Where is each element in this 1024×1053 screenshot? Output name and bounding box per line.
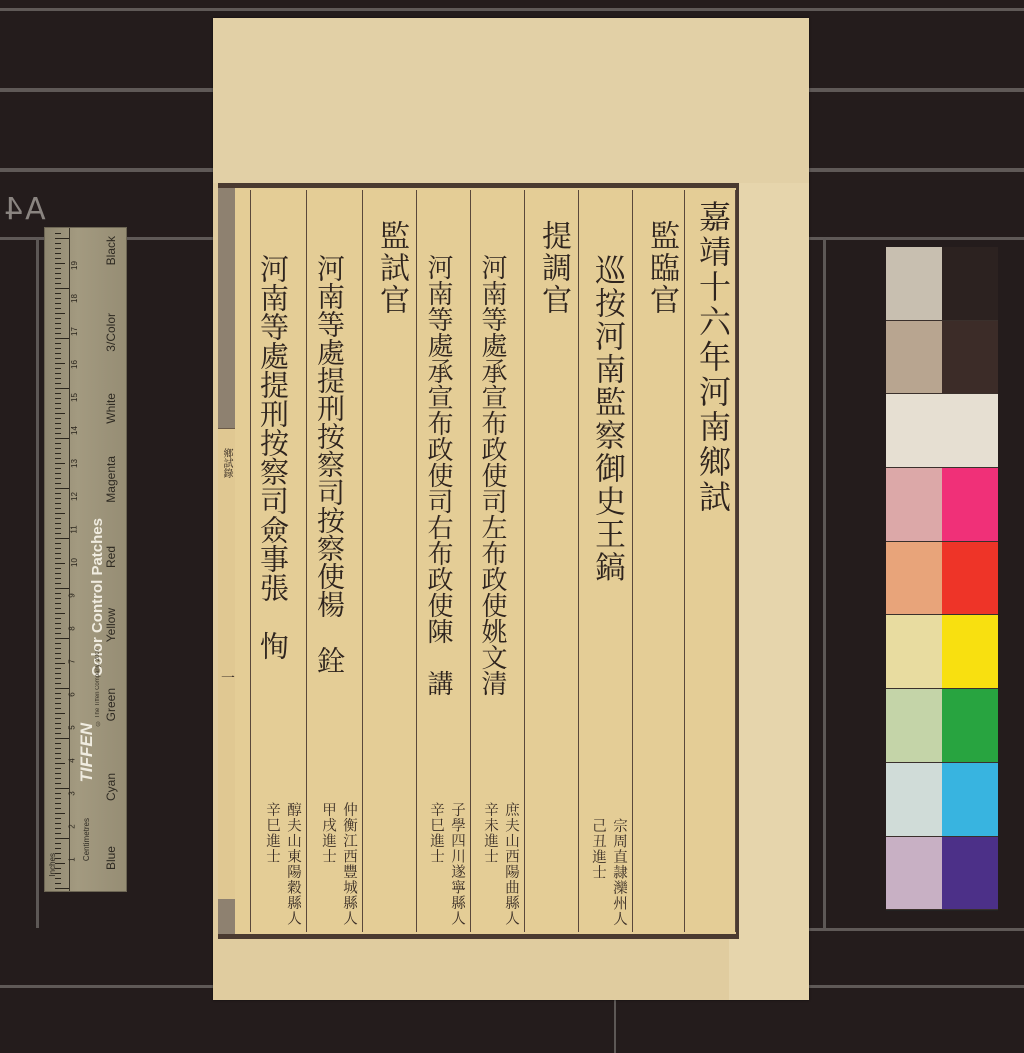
color-patch-black-dark (942, 247, 998, 321)
centimetres-label: Centimetres (82, 818, 91, 861)
ruler-tick (55, 568, 61, 569)
color-patch-purple (942, 837, 998, 911)
column-entry-chen-jiang: 河南等處承宣布政使司右布政使陳 講 子學四川遂寧縣人 辛巳進士 (416, 190, 470, 932)
ruler-tick (55, 288, 69, 289)
column-heading-jianlin: 監臨官 (632, 190, 684, 932)
ruler-tick (55, 878, 61, 879)
note-degree: 甲戌進士 (319, 802, 337, 926)
note-degree: 辛巳進士 (427, 802, 445, 926)
mat-gridline-vertical (823, 238, 826, 928)
ruler-tick (55, 738, 69, 739)
ruler-tick (55, 818, 61, 819)
column-entry-zhang-xun: 河南等處提刑按察司僉事張 恂 醇夫山東陽穀縣人 辛巳進士 (250, 190, 306, 932)
color-patch-red (942, 542, 998, 616)
ruler-tick (55, 648, 61, 649)
column-heading-tidiao: 提調官 (524, 190, 578, 932)
ruler-tick (55, 363, 65, 364)
ruler-cm-number: 15 (70, 393, 79, 402)
ruler-tick (55, 468, 61, 469)
ruler-cm-number: 14 (70, 426, 79, 435)
note-origin: 醇夫山東陽穀縣人 (284, 802, 302, 926)
ruler-tick (55, 408, 61, 409)
color-patch-gray-light (886, 247, 942, 321)
note-origin: 子學四川遂寧縣人 (448, 802, 466, 926)
ruler-tick (55, 573, 61, 574)
color-patch-pink-light (886, 468, 942, 542)
ruler-tick (55, 283, 61, 284)
ruler-tick (55, 448, 61, 449)
color-patch-green (942, 689, 998, 763)
column-heading-jianshi: 監試官 (362, 190, 416, 932)
ruler-tick (55, 808, 61, 809)
ruler-tick (55, 503, 61, 504)
entry-note: 子學四川遂寧縣人 辛巳進士 (421, 802, 466, 926)
ruler-cm-number: 12 (70, 492, 79, 501)
ruler-tick (55, 458, 61, 459)
ruler-tick (55, 778, 61, 779)
column-entry-yang-quan: 河南等處提刑按察司按察使楊 銓 仲衡江西豐城縣人 甲戌進士 (306, 190, 362, 932)
entry-note: 醇夫山東陽穀縣人 辛巳進士 (255, 802, 302, 926)
ruler-tick (55, 548, 61, 549)
note-degree: 己丑進士 (589, 818, 607, 927)
ruler-tick (55, 883, 61, 884)
document-title: 嘉靖十六年河南鄉試 (691, 200, 735, 515)
color-label-yellow: Yellow (104, 608, 118, 642)
color-patch-lavender (886, 837, 942, 911)
ruler-tick (55, 308, 61, 309)
ruler-tick (55, 793, 61, 794)
color-label-red: Red (104, 546, 118, 568)
ruler-tick (55, 663, 65, 664)
ruler-tick (55, 263, 65, 264)
ruler-cm-number: 6 (68, 692, 77, 696)
ruler-cm-number: 17 (70, 327, 79, 336)
ruler-cm-number: 2 (68, 824, 77, 828)
ruler-tick (55, 248, 61, 249)
ruler-tick (55, 358, 61, 359)
tiffen-color-control-strip: Inches Centimetres TIFFEN Color Control … (44, 227, 127, 892)
ruler-tick (55, 238, 69, 239)
page-top-margin (213, 18, 809, 183)
ruler-tick (55, 538, 69, 539)
ruler-tick (55, 583, 61, 584)
ruler-tick (55, 373, 61, 374)
ruler-tick (55, 563, 65, 564)
mat-gridline-vertical (36, 238, 39, 928)
ruler-tick (55, 828, 61, 829)
ruler-tick (55, 843, 61, 844)
ruler-tick (55, 253, 61, 254)
ruler-tick (55, 433, 61, 434)
ruler-tick (55, 703, 61, 704)
ruler-tick (55, 758, 61, 759)
entry-note: 仲衡江西豐城縣人 甲戌進士 (311, 802, 358, 926)
ruler-tick (55, 598, 61, 599)
entry-official: 巡按河南監察御史王鎬 (585, 254, 629, 584)
color-label-3color: 3/Color (104, 313, 118, 352)
ruler-tick (55, 508, 61, 509)
entry-note: 宗周直隷灤州人 己丑進士 (583, 818, 628, 927)
ruler-tick (55, 728, 61, 729)
tiffen-copyright: © The Tiffen Company, 2007 (95, 648, 101, 726)
ruler-tick (55, 603, 61, 604)
ruler-tick (55, 438, 69, 439)
ruler-tick (55, 658, 61, 659)
ruler-tick (55, 673, 61, 674)
banxin-title: 鄉試錄 (220, 448, 232, 478)
ruler-tick (55, 513, 65, 514)
ruler-cm-number: 4 (68, 758, 77, 762)
mat-corner-mark: A4 (2, 192, 46, 227)
ruler-cm-number: 19 (70, 261, 79, 270)
ruler-tick (55, 748, 61, 749)
ruler-tick (55, 688, 69, 689)
color-label-magenta: Magenta (104, 456, 118, 503)
color-patch-magenta (942, 468, 998, 542)
ruler-tick (55, 353, 61, 354)
ruler-tick (55, 423, 61, 424)
ruler-tick (55, 588, 69, 589)
column-title: 嘉靖十六年河南鄉試 (684, 190, 736, 932)
ruler-tick (55, 378, 61, 379)
ruler-tick (55, 693, 61, 694)
ruler-tick (55, 463, 65, 464)
ruler-tick (55, 553, 61, 554)
ruler-tick (55, 593, 61, 594)
ruler-cm-number: 18 (70, 294, 79, 303)
ruler-tick (55, 768, 61, 769)
ruler-tick (55, 578, 61, 579)
banxin-page-number: 一 (221, 668, 233, 688)
entry-official: 河南等處提刑按察司僉事張 恂 (257, 254, 289, 660)
color-patch-cream-yellow (886, 615, 942, 689)
inches-label: Inches (48, 853, 57, 877)
color-patch-green-light (886, 689, 942, 763)
ruler-tick (55, 718, 61, 719)
color-label-blue: Blue (104, 846, 118, 870)
ruler-tick (55, 698, 61, 699)
text-columns: 嘉靖十六年河南鄉試 監臨官 巡按河南監察御史王鎬 宗周直隷灤州人 己丑進士 提調… (235, 190, 736, 932)
ruler-tick (55, 313, 65, 314)
ruler-tick (55, 608, 61, 609)
ruler-tick (55, 643, 61, 644)
ruler-tick (55, 268, 61, 269)
ruler-tick (55, 763, 65, 764)
ruler (45, 228, 70, 891)
mat-gridline (805, 237, 1024, 240)
column-entry-wang-gao: 巡按河南監察御史王鎬 宗周直隷灤州人 己丑進士 (578, 190, 632, 932)
ruler-tick (55, 678, 61, 679)
ruler-tick (55, 453, 61, 454)
ruler-tick (55, 393, 61, 394)
ruler-tick (55, 278, 61, 279)
ruler-tick (55, 623, 61, 624)
entry-note: 庶夫山西陽曲縣人 辛未進士 (475, 802, 520, 926)
ruler-tick (55, 533, 61, 534)
ruler-tick (55, 298, 61, 299)
ruler-tick (55, 773, 61, 774)
color-patch-cyan (942, 763, 998, 837)
ruler-tick (55, 323, 61, 324)
ruler-tick (55, 838, 69, 839)
ruler-tick (55, 618, 61, 619)
ruler-tick (55, 243, 61, 244)
ruler-tick (55, 443, 61, 444)
color-patch-chart (886, 247, 998, 911)
ruler-tick (55, 333, 61, 334)
color-label-white: White (104, 393, 118, 424)
color-patch-cyan-light (886, 763, 942, 837)
ruler-tick (55, 328, 61, 329)
ruler-tick (55, 343, 61, 344)
ruler-tick (55, 368, 61, 369)
ruler-tick (55, 823, 61, 824)
entry-official: 河南等處承宣布政使司右布政使陳 講 (423, 254, 453, 696)
ruler-tick (55, 783, 61, 784)
mat-gridline (805, 928, 1024, 931)
ruler-tick (55, 833, 61, 834)
note-origin: 庶夫山西陽曲縣人 (502, 802, 520, 926)
ruler-tick (55, 683, 61, 684)
ruler-tick (55, 638, 69, 639)
ruler-tick (55, 293, 61, 294)
ruler-tick (55, 813, 65, 814)
banxin-paper (218, 428, 235, 899)
ruler-tick (55, 558, 61, 559)
color-patch-peach (886, 542, 942, 616)
ruler-tick (55, 318, 61, 319)
note-origin: 宗周直隷灤州人 (610, 818, 628, 927)
ruler-tick (55, 613, 65, 614)
ruler-tick (55, 653, 61, 654)
heading-jianshiguan: 監試官 (369, 220, 413, 316)
ruler-tick (55, 543, 61, 544)
ruler-cm-number: 7 (68, 659, 77, 663)
ruler-tick (55, 888, 69, 889)
ruler-tick (55, 428, 61, 429)
ruler-tick (55, 338, 69, 339)
entry-official: 河南等處承宣布政使司左布政使姚文清 (477, 254, 507, 696)
ruler-cm-number: 10 (70, 558, 79, 567)
ruler-tick (55, 413, 65, 414)
ruler-tick (55, 628, 61, 629)
ruler-tick (55, 493, 61, 494)
ruler-cm-number: 1 (68, 857, 77, 861)
ruler-cm-number: 8 (68, 626, 77, 630)
ruler-tick (55, 498, 61, 499)
ruler-tick (55, 803, 61, 804)
fore-edge-banxin: 鄉試錄 一 (218, 188, 235, 934)
ruler-cm-number: 13 (70, 459, 79, 468)
ruler-tick (55, 528, 61, 529)
ruler-tick (55, 383, 61, 384)
ruler-tick (55, 398, 61, 399)
ruler-tick (55, 798, 61, 799)
page-right-margin (729, 183, 809, 1000)
heading-tidiaoguan: 提調官 (531, 220, 575, 316)
entry-official: 河南等處提刑按察司按察使楊 銓 (313, 254, 345, 674)
ruler-tick (55, 523, 61, 524)
ruler-cm-number: 5 (68, 725, 77, 729)
note-degree: 辛巳進士 (263, 802, 281, 926)
ruler-tick (55, 723, 61, 724)
note-origin: 仲衡江西豐城縣人 (340, 802, 358, 926)
ruler-tick (55, 708, 61, 709)
ruler-tick (55, 518, 61, 519)
ruler-cm-number: 11 (70, 525, 79, 533)
ruler-tick (55, 733, 61, 734)
ruler-tick (55, 473, 61, 474)
ruler-cm-number: 9 (68, 593, 77, 597)
ruler-tick (55, 668, 61, 669)
ruler-cm-number: 16 (70, 360, 79, 369)
ruler-tick (55, 478, 61, 479)
ruler-tick (55, 388, 69, 389)
color-label-green: Green (104, 688, 118, 721)
color-patch-brown-dark (942, 321, 998, 395)
ruler-tick (55, 488, 69, 489)
mat-gridline (0, 8, 1024, 11)
ruler-cm-number: 3 (68, 791, 77, 795)
ruler-tick (55, 788, 69, 789)
heading-jianlinguan: 監臨官 (639, 220, 683, 316)
ruler-tick (55, 418, 61, 419)
note-degree: 辛未進士 (481, 802, 499, 926)
ruler-tick (55, 753, 61, 754)
ruler-tick (55, 743, 61, 744)
color-label-black: Black (104, 236, 118, 265)
color-patch-white (886, 394, 998, 468)
ruler-tick (55, 303, 61, 304)
ruler-tick (55, 348, 61, 349)
ruler-tick (55, 483, 61, 484)
ruler-tick (55, 258, 61, 259)
tiffen-brand-logo: TIFFEN (77, 723, 97, 783)
printed-frame: 鄉試錄 一 嘉靖十六年河南鄉試 監臨官 巡按河南監察御史王鎬 宗周直隷灤州人 己… (218, 183, 739, 939)
color-patch-tan (886, 321, 942, 395)
color-label-cyan: Cyan (104, 773, 118, 801)
column-entry-yao-wenqing: 河南等處承宣布政使司左布政使姚文清 庶夫山西陽曲縣人 辛未進士 (470, 190, 524, 932)
ruler-tick (55, 233, 61, 234)
ruler-tick (55, 403, 61, 404)
mat-gridline-vertical (614, 1000, 616, 1053)
ruler-tick (55, 633, 61, 634)
ruler-tick (55, 713, 65, 714)
document-page: 鄉試錄 一 嘉靖十六年河南鄉試 監臨官 巡按河南監察御史王鎬 宗周直隷灤州人 己… (213, 18, 809, 1000)
color-patch-yellow (942, 615, 998, 689)
ruler-tick (55, 848, 61, 849)
ruler-tick (55, 273, 61, 274)
